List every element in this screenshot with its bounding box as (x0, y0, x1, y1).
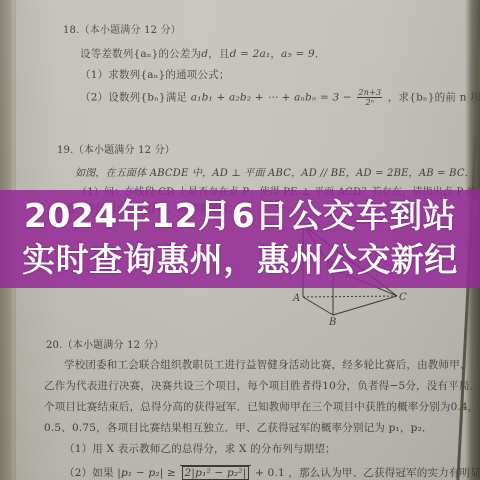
headline-line-1: 2024年12月6日公交车到站 (0, 196, 480, 236)
headline-line-2: 实时查询惠州，惠州公交新纪 (0, 240, 480, 280)
